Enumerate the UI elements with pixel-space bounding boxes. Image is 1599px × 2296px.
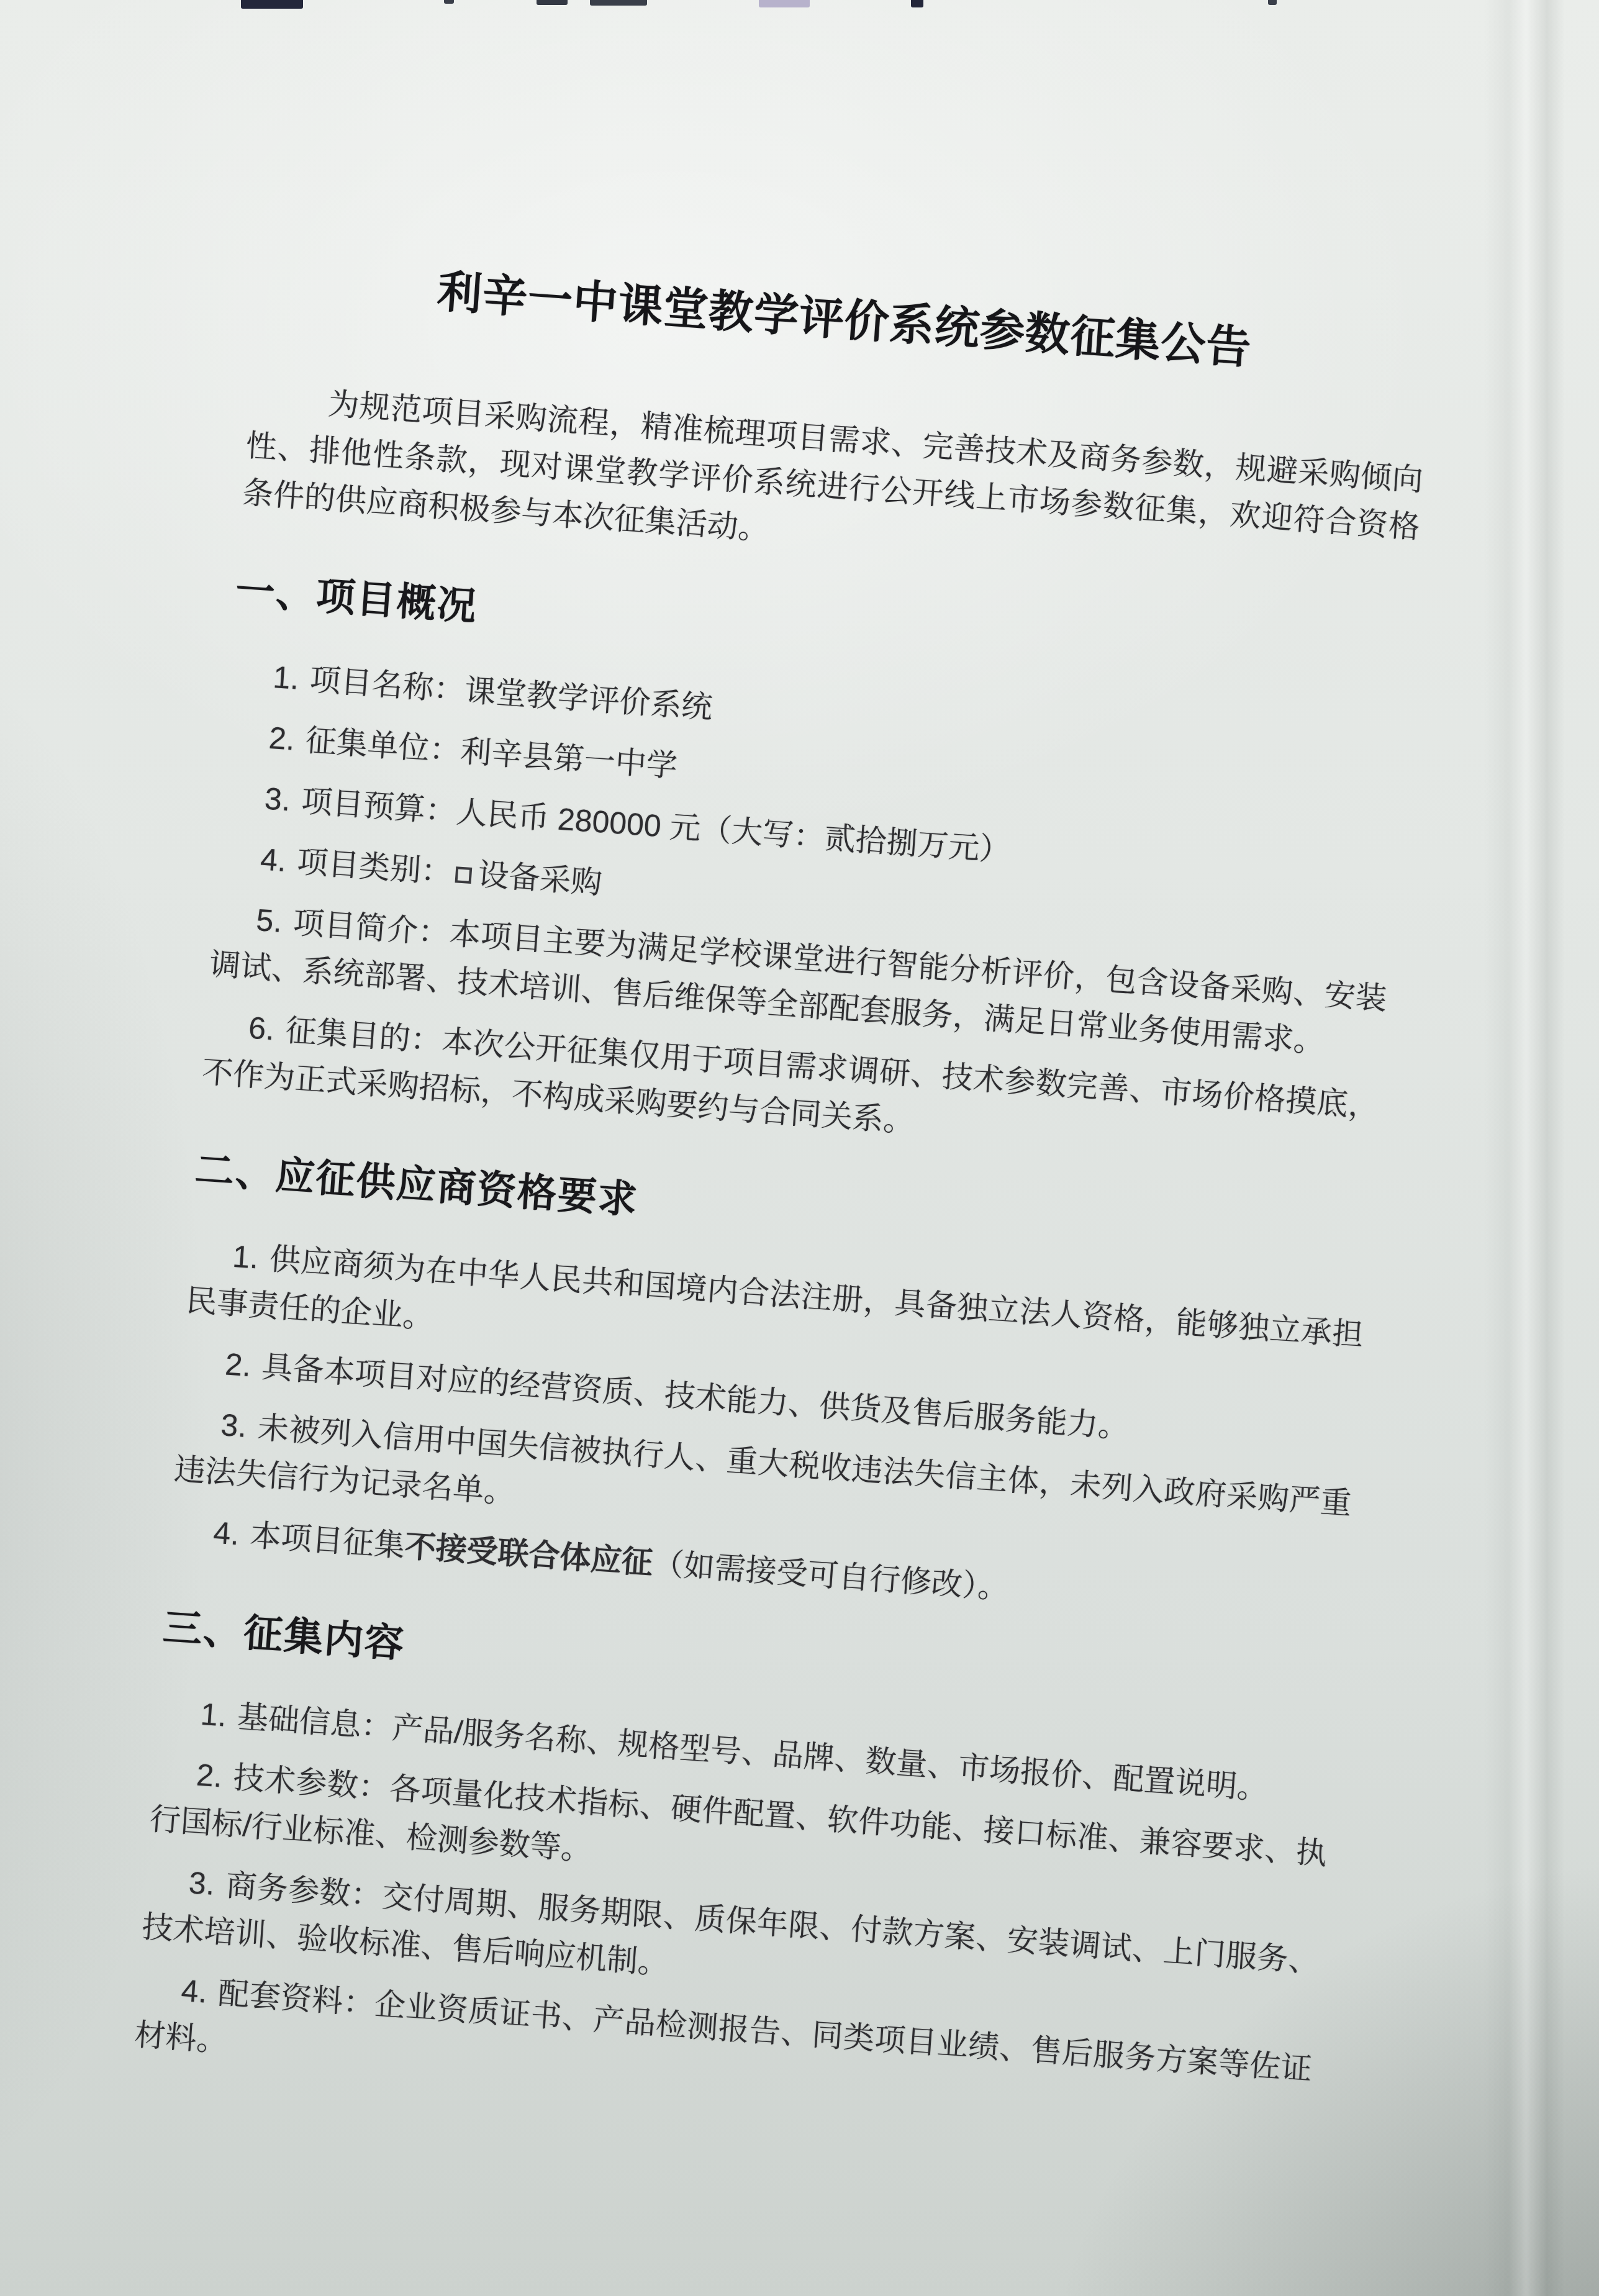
item-number: 6. — [247, 1010, 276, 1047]
item-number: 2. — [268, 720, 296, 757]
item-text: 利辛县第一中学 — [460, 733, 679, 783]
item-label: 征集单位： — [304, 723, 461, 768]
item-number: 2. — [224, 1346, 253, 1383]
item-number: 4. — [212, 1515, 241, 1552]
item-label: 基础信息： — [236, 1699, 393, 1745]
item-number: 3. — [188, 1865, 216, 1902]
item-text: 本项目征集 — [249, 1518, 406, 1563]
item-number: 3. — [220, 1407, 248, 1444]
top-edge-artifact — [759, 0, 810, 7]
intro-paragraph: 为规范项目采购流程，精准梳理项目需求、完善技术及商务参数，规避采购倾向性、排他性… — [241, 374, 1425, 598]
document-content: 利辛一中课堂教学评价系统参数征集公告 为规范项目采购流程，精准梳理项目需求、完善… — [132, 186, 1438, 2154]
top-edge-artifact — [590, 0, 647, 6]
top-edge-artifact — [911, 0, 923, 7]
item-label: 商务参数： — [224, 1867, 383, 1913]
item-label: 征集目的： — [284, 1013, 443, 1058]
photographed-document-page: 利辛一中课堂教学评价系统参数征集公告 为规范项目采购流程，精准梳理项目需求、完善… — [0, 0, 1599, 2296]
item-text: 设备采购 — [477, 857, 603, 901]
sections-container: 一、项目概况1.项目名称：课堂教学评价系统2.征集单位：利辛县第一中学3.项目预… — [133, 563, 1411, 2140]
item-label: 项目类别： — [296, 844, 453, 889]
item-number: 1. — [232, 1239, 260, 1276]
top-edge-artifact — [1268, 0, 1277, 5]
item-label: 项目名称： — [309, 662, 466, 707]
item-label: 项目预算： — [300, 784, 457, 829]
top-edge-artifact — [241, 0, 303, 9]
item-number: 1. — [272, 660, 301, 696]
item-number: 2. — [195, 1758, 224, 1794]
document-title: 利辛一中课堂教学评价系统参数征集公告 — [255, 246, 1434, 395]
item-number: 1. — [199, 1697, 228, 1733]
top-edge-artifact — [537, 0, 568, 5]
item-label: 技术参数： — [232, 1760, 391, 1805]
item-text-tail: （如需接受可自行修改）。 — [651, 1546, 1010, 1605]
item-number: 4. — [259, 842, 288, 878]
paper-crease — [1484, 0, 1565, 2296]
item-label: 项目简介： — [292, 905, 451, 950]
item-number: 4. — [180, 1973, 209, 2010]
item-number: 3. — [263, 781, 292, 818]
item-text: 课堂教学评价系统 — [463, 673, 713, 725]
item-label: 配套资料： — [217, 1976, 376, 2021]
checkbox-icon — [455, 866, 473, 884]
top-edge-artifact — [444, 0, 454, 4]
item-text-bold: 不接受联合体应征 — [404, 1528, 654, 1581]
item-number: 5. — [255, 902, 284, 939]
